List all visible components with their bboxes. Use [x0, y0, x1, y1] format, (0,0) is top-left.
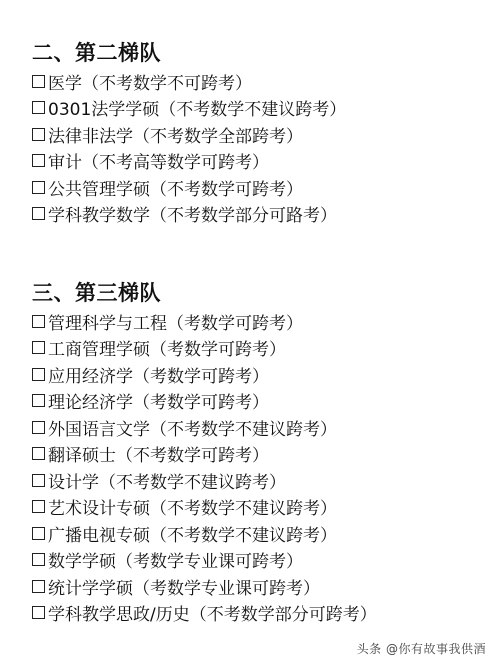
checkbox-icon[interactable]	[32, 474, 45, 487]
checkbox-icon[interactable]	[32, 527, 45, 540]
list-item: 翻译硕士（不考数学可跨考）	[32, 441, 377, 468]
list-item: 审计（不考高等数学可跨考）	[32, 148, 346, 175]
item-label: 翻译硕士（不考数学可跨考）	[48, 441, 269, 466]
item-label: 应用经济学（考数学可跨考）	[48, 362, 269, 387]
checkbox-icon[interactable]	[32, 128, 45, 141]
list-item: 法律非法学（不考数学全部跨考）	[32, 121, 346, 148]
item-label: 统计学学硕（考数学专业课可跨考）	[48, 574, 320, 599]
checkbox-icon[interactable]	[32, 101, 45, 114]
checkbox-icon[interactable]	[32, 75, 45, 88]
checkbox-icon[interactable]	[32, 553, 45, 566]
item-label: 设计学（不考数学不建议跨考）	[48, 468, 286, 493]
section-title: 二、第二梯队	[32, 38, 346, 68]
item-label: 学科教学数学（不考数学部分可路考）	[48, 201, 337, 226]
item-label: 外国语言文学（不考数学不建议跨考）	[48, 415, 337, 440]
list-item: 数学学硕（考数学专业课可跨考）	[32, 547, 377, 574]
item-label: 数学学硕（考数学专业课可跨考）	[48, 547, 303, 572]
item-label: 理论经济学（考数学可跨考）	[48, 388, 269, 413]
checkbox-icon[interactable]	[32, 315, 45, 328]
list-item: 学科教学思政/历史（不考数学部分可跨考）	[32, 600, 377, 627]
list-item: 广播电视专硕（不考数学不建议跨考）	[32, 520, 377, 547]
checkbox-icon[interactable]	[32, 421, 45, 434]
item-label: 工商管理学硕（考数学可跨考）	[48, 335, 286, 360]
section-title: 三、第三梯队	[32, 278, 377, 308]
section-tier-2: 二、第二梯队 医学（不考数学不可跨考） 0301法学学硕（不考数学不建议跨考） …	[32, 38, 346, 227]
list-item: 公共管理学硕（不考数学可跨考）	[32, 174, 346, 201]
item-label: 0301法学学硕（不考数学不建议跨考）	[48, 95, 346, 120]
list-item: 学科教学数学（不考数学部分可路考）	[32, 201, 346, 228]
list-item: 外国语言文学（不考数学不建议跨考）	[32, 414, 377, 441]
list-item: 医学（不考数学不可跨考）	[32, 68, 346, 95]
list-item: 应用经济学（考数学可跨考）	[32, 361, 377, 388]
checkbox-icon[interactable]	[32, 394, 45, 407]
list-item: 工商管理学硕（考数学可跨考）	[32, 335, 377, 362]
item-label: 审计（不考高等数学可跨考）	[48, 148, 269, 173]
checkbox-icon[interactable]	[32, 207, 45, 220]
list-item: 设计学（不考数学不建议跨考）	[32, 467, 377, 494]
watermark: 头条 @你有故事我供酒	[357, 640, 486, 657]
list-item: 艺术设计专硕（不考数学不建议跨考）	[32, 494, 377, 521]
item-label: 管理科学与工程（考数学可跨考）	[48, 309, 303, 334]
item-label: 医学（不考数学不可跨考）	[48, 69, 252, 94]
item-label: 学科教学思政/历史（不考数学部分可跨考）	[48, 600, 377, 625]
section-tier-3: 三、第三梯队 管理科学与工程（考数学可跨考） 工商管理学硕（考数学可跨考） 应用…	[32, 278, 377, 626]
item-label: 广播电视专硕（不考数学不建议跨考）	[48, 521, 337, 546]
item-label: 公共管理学硕（不考数学可跨考）	[48, 175, 303, 200]
list-item: 理论经济学（考数学可跨考）	[32, 388, 377, 415]
checkbox-icon[interactable]	[32, 500, 45, 513]
checkbox-icon[interactable]	[32, 154, 45, 167]
item-label: 法律非法学（不考数学全部跨考）	[48, 122, 303, 147]
checkbox-icon[interactable]	[32, 606, 45, 619]
checkbox-icon[interactable]	[32, 368, 45, 381]
list-item: 管理科学与工程（考数学可跨考）	[32, 308, 377, 335]
item-label: 艺术设计专硕（不考数学不建议跨考）	[48, 494, 337, 519]
list-item: 统计学学硕（考数学专业课可跨考）	[32, 573, 377, 600]
checkbox-icon[interactable]	[32, 181, 45, 194]
list-item: 0301法学学硕（不考数学不建议跨考）	[32, 95, 346, 122]
checkbox-icon[interactable]	[32, 447, 45, 460]
checkbox-icon[interactable]	[32, 580, 45, 593]
checkbox-icon[interactable]	[32, 341, 45, 354]
